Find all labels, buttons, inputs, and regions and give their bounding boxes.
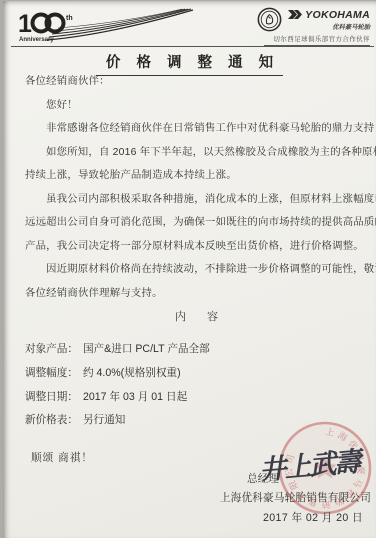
item-value: 国产&进口 PC/LT 产品全部 bbox=[83, 343, 210, 355]
document-header: 1 th Anniversary bbox=[15, 5, 372, 45]
document-body: 各位经销商伙伴： 您好！ 非常感谢各位经销商伙伴在日常销售工作中对优科豪马轮胎的… bbox=[25, 70, 368, 433]
body-line: 如您所知，自 2016 年下半年起，以天然橡胶及合成橡胶为主的各种原材料 bbox=[25, 141, 368, 165]
item-label: 调整幅度： bbox=[25, 367, 78, 379]
body-line: 您好！ bbox=[25, 94, 368, 118]
body-line: 产品，我公司决定将一部分原材料成本反映至出货价格，进行价格调整。 bbox=[25, 235, 368, 259]
body-line: 持续上涨，导致轮胎产品制造成本持续上涨。 bbox=[25, 164, 368, 188]
content-section-heading: 内 容 bbox=[25, 306, 368, 329]
yokohama-mark-icon bbox=[288, 10, 303, 19]
svg-text:th: th bbox=[66, 15, 73, 22]
scanned-notice-photo: 1 th Anniversary bbox=[0, 0, 376, 538]
body-line: 因近期原材料价格尚在持续波动，不排除进一步价格调整的可能性，敬请 bbox=[25, 258, 368, 282]
document-page: 1 th Anniversary bbox=[3, 1, 376, 538]
body-line: 虽我公司内部积极采取各种措施，消化成本的上涨，但原材料上涨幅度已 bbox=[25, 188, 368, 212]
header-divider bbox=[11, 46, 374, 47]
body-line: 各位经销商伙伴： bbox=[25, 70, 368, 94]
chelsea-crest-icon bbox=[257, 7, 282, 32]
item-value: 约 4.0%(规格别权重) bbox=[83, 367, 181, 379]
body-line: 远远超出公司自身可消化范围，为确保一如既往的向市场持续的提供高品质的 bbox=[25, 211, 368, 235]
body-line: 非常感谢各位经销商伙伴在日常销售工作中对优科豪马轮胎的鼎力支持！ bbox=[25, 117, 368, 141]
content-item: 对象产品：国产&进口 PC/LT 产品全部 bbox=[25, 338, 368, 362]
closing-salute: 顺颂 商祺！ bbox=[31, 450, 93, 465]
svg-text:1: 1 bbox=[18, 10, 32, 38]
body-line: 各位经销商伙伴理解与支持。 bbox=[25, 282, 368, 306]
item-label: 新价格表： bbox=[25, 414, 78, 426]
svg-text:Anniversary: Anniversary bbox=[19, 37, 54, 43]
item-label: 对象产品： bbox=[25, 343, 78, 355]
partner-line: 切尔西足球俱乐部官方合作伙伴 bbox=[274, 34, 370, 43]
content-item: 调整幅度：约 4.0%(规格别权重) bbox=[25, 362, 368, 386]
brand-block: YOKOHAMA 优科豪马轮胎 切尔西足球俱乐部官方合作伙伴 bbox=[264, 7, 370, 46]
brand-cn-name: 优科豪马轮胎 bbox=[332, 22, 370, 31]
content-item: 调整日期：2017 年 03 月 01 日起 bbox=[25, 386, 368, 410]
item-value: 另行通知 bbox=[83, 414, 125, 426]
item-label: 调整日期： bbox=[25, 391, 78, 403]
item-value: 2017 年 03 月 01 日起 bbox=[83, 391, 187, 403]
company-name: 上海优科豪马轮胎销售有限公司 bbox=[220, 490, 371, 505]
anniversary-100-logo: 1 th Anniversary bbox=[17, 7, 197, 45]
document-date: 2017 年 02 月 20 日 bbox=[263, 510, 363, 525]
brand-name: YOKOHAMA bbox=[305, 9, 370, 21]
